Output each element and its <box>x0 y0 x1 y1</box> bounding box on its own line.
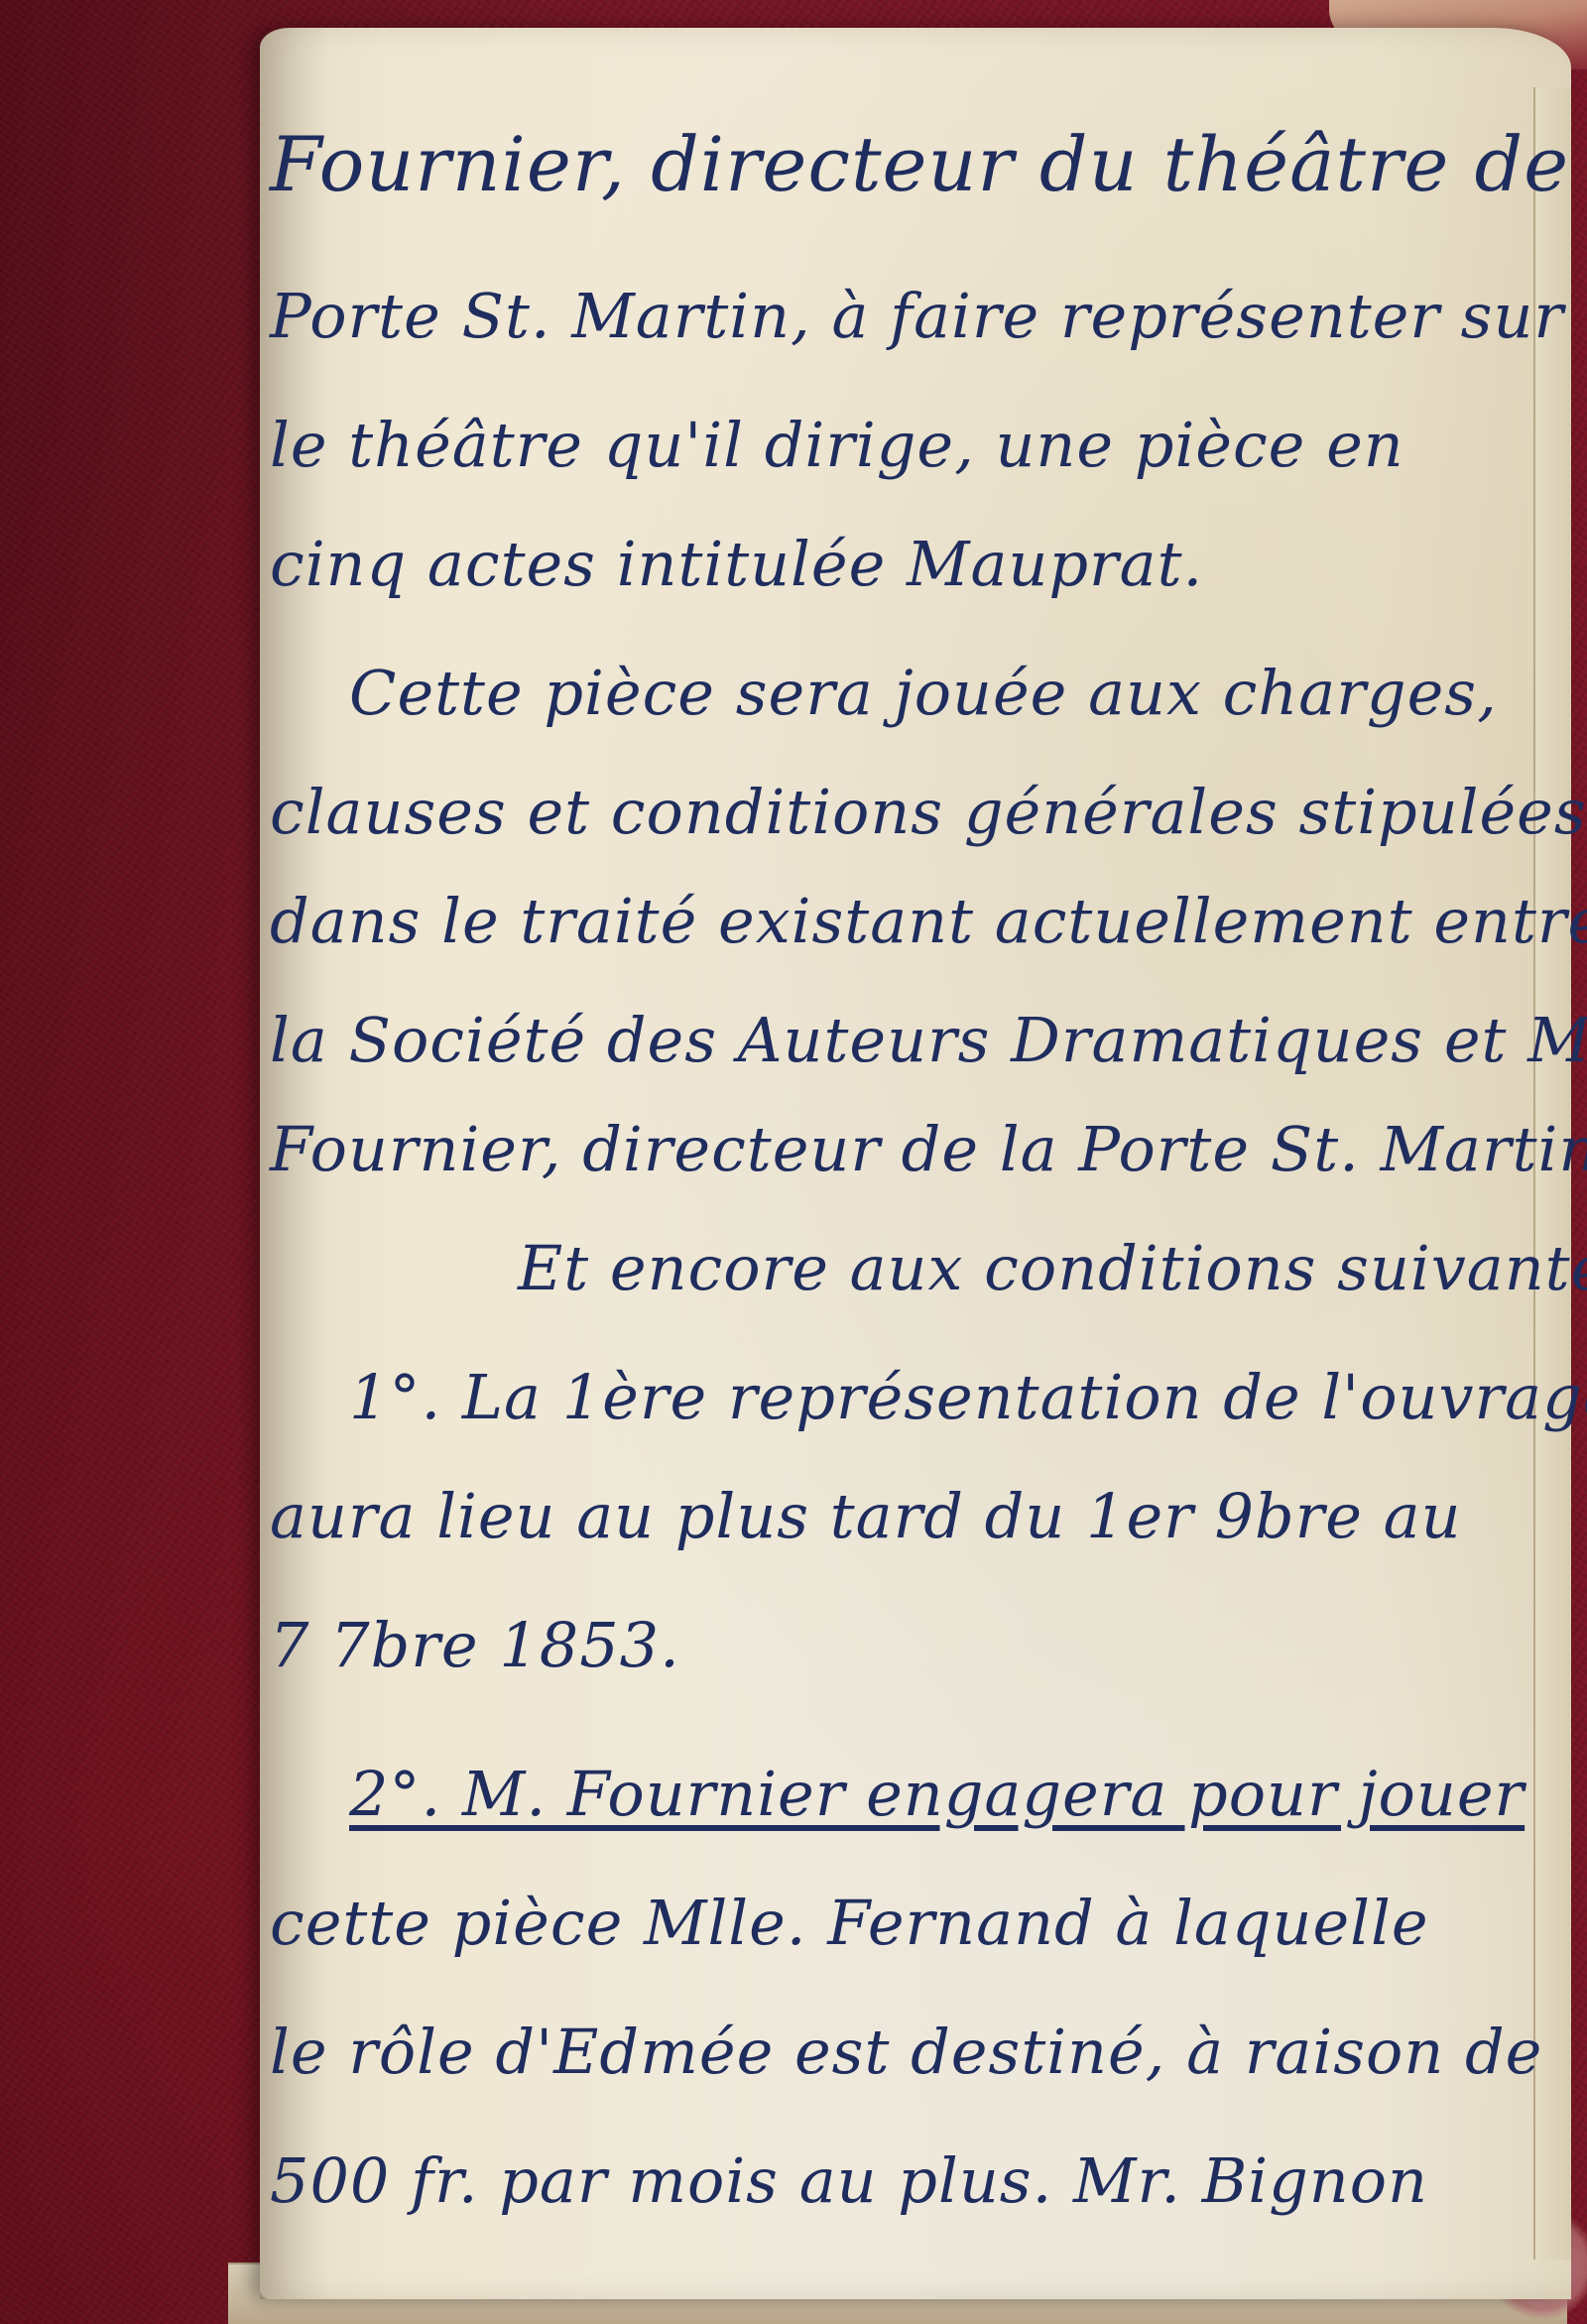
manuscript-line-10: Et encore aux conditions suivantes: <box>518 1238 1587 1299</box>
manuscript-page: Fournier, directeur du théâtre de la Por… <box>260 28 1571 2299</box>
manuscript-line-9: Fournier, directeur de la Porte St. Mart… <box>270 1119 1587 1180</box>
manuscript-line-5: Cette pièce sera jouée aux charges, <box>349 663 1498 724</box>
manuscript-line-3: le théâtre qu'il dirige, une pièce en <box>270 415 1404 476</box>
manuscript-line-4: cinq actes intitulée Mauprat. <box>270 534 1203 595</box>
manuscript-line-15: cette pièce Mlle. Fernand à laquelle <box>270 1893 1429 1954</box>
manuscript-line-17: 500 fr. par mois au plus. Mr. Bignon <box>270 2150 1428 2212</box>
manuscript-line-13: 7 7bre 1853. <box>270 1615 680 1676</box>
manuscript-line-14: 2°. M. Fournier engagera pour jouer <box>349 1764 1525 1825</box>
manuscript-line-7: dans le traité existant actuellement ent… <box>270 891 1587 952</box>
manuscript-line-8: la Société des Auteurs Dramatiques et Mr… <box>270 1010 1587 1071</box>
manuscript-line-6: clauses et conditions générales stipulée… <box>270 782 1587 843</box>
manuscript-line-11: 1°. La 1ère représentation de l'ouvrage <box>349 1367 1587 1428</box>
manuscript-line-16: le rôle d'Edmée est destiné, à raison de <box>270 2021 1542 2083</box>
manuscript-line-12: aura lieu au plus tard du 1er 9bre au <box>270 1486 1462 1547</box>
manuscript-line-1: Fournier, directeur du théâtre de la <box>270 127 1587 202</box>
photo-scene: Fournier, directeur du théâtre de la Por… <box>0 0 1587 2324</box>
manuscript-line-2: Porte St. Martin, à faire représenter su… <box>270 286 1564 347</box>
